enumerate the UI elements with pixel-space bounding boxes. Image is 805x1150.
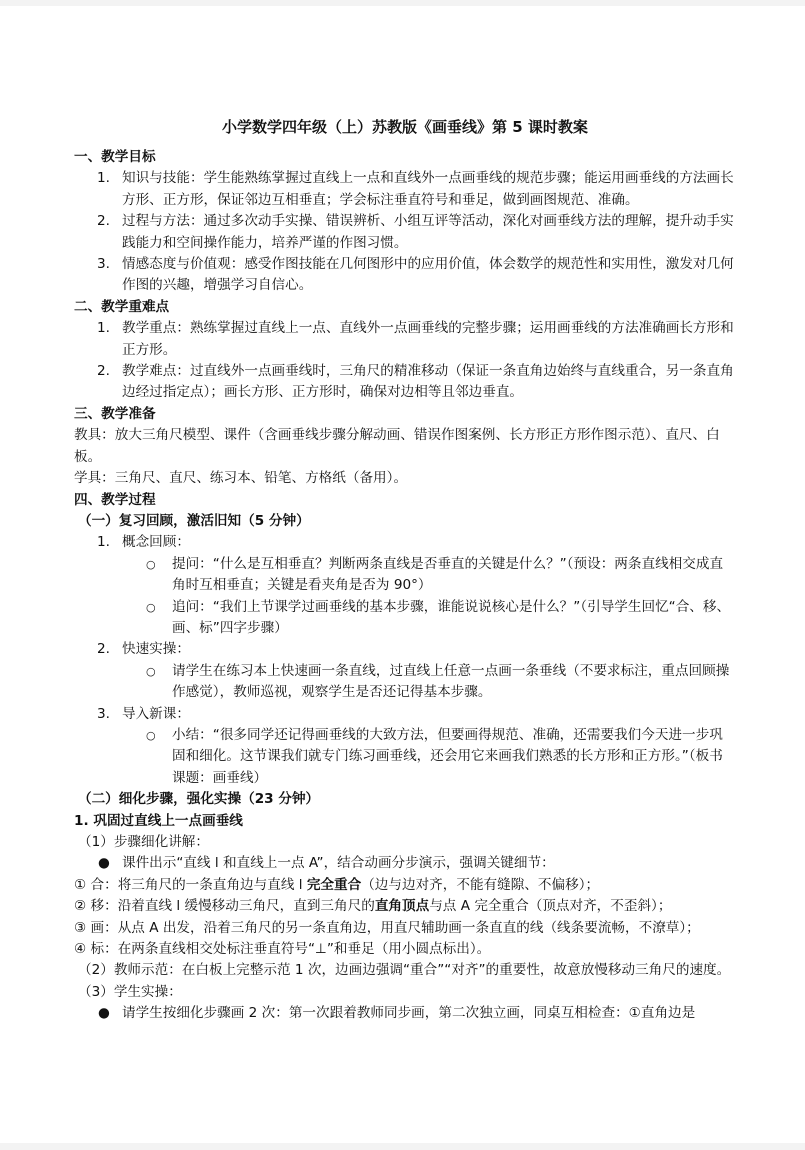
dot-bullet-icon: ● <box>98 1003 110 1024</box>
sub-list-item: ○ 提问：“什么是互相垂直？判断两条直线是否垂直的关键是什么？”（预设：两条直线… <box>74 554 736 597</box>
section-heading-objectives: 一、教学目标 <box>74 147 736 168</box>
part-heading-steps: （二）细化步骤，强化实操（23 分钟） <box>74 789 736 810</box>
review-list: 1. 概念回顾： ○ 提问：“什么是互相垂直？判断两条直线是否垂直的关键是什么？… <box>74 532 736 789</box>
list-item: 3. 导入新课： <box>74 704 736 725</box>
list-item-label: 快速实操： <box>122 641 190 657</box>
step-text: ① 合：将三角尺的一条直角边与直线 l <box>74 877 307 893</box>
document-title: 小学数学四年级（上）苏教版《画垂线》第 5 课时教案 <box>74 116 736 138</box>
objectives-list: 1. 知识与技能：学生能熟练掌握过直线上一点和直线外一点画垂线的规范步骤；能运用… <box>74 168 736 296</box>
bullet-item: ● 课件出示“直线 l 和直线上一点 A”，结合动画分步演示，强调关键细节： <box>74 853 736 874</box>
list-item: 1. 知识与技能：学生能熟练掌握过直线上一点和直线外一点画垂线的规范步骤；能运用… <box>74 168 736 211</box>
part-heading-review: （一）复习回顾，激活旧知（5 分钟） <box>74 511 736 532</box>
step-line: ① 合：将三角尺的一条直角边与直线 l 完全重合（边与边对齐，不能有缝隙、不偏移… <box>74 875 736 896</box>
student-tools-paragraph: 学具：三角尺、直尺、练习本、铅笔、方格纸（备用）。 <box>74 468 736 489</box>
sub-item-text: 请学生在练习本上快速画一条直线，过直线上任意一点画一条垂线（不要求标注，重点回顾… <box>172 663 729 700</box>
list-item-text: 教学重点：熟练掌握过直线上一点、直线外一点画垂线的完整步骤；运用画垂线的方法准确… <box>122 320 734 357</box>
step-text: ② 移：沿着直线 l 缓慢移动三角尺，直到三角尺的 <box>74 898 375 914</box>
circle-bullet-icon: ○ <box>146 554 156 575</box>
step-emphasis: 直角顶点 <box>375 898 429 914</box>
list-item-text: 过程与方法：通过多次动手实操、错误辨析、小组互评等活动，深化对画垂线方法的理解，… <box>122 213 734 250</box>
sub-list-item: ○ 追问：“我们上节课学过画垂线的基本步骤，谁能说说核心是什么？”（引导学生回忆… <box>74 597 736 640</box>
key-points-list: 1. 教学重点：熟练掌握过直线上一点、直线外一点画垂线的完整步骤；运用画垂线的方… <box>74 318 736 404</box>
section-heading-process: 四、教学过程 <box>74 490 736 511</box>
bullet-item: ● 请学生按细化步骤画 2 次：第一次跟着教师同步画，第二次独立画，同桌互相检查… <box>74 1003 736 1024</box>
document-page: 小学数学四年级（上）苏教版《画垂线》第 5 课时教案 一、教学目标 1. 知识与… <box>0 6 805 1143</box>
list-item: 2. 教学难点：过直线外一点画垂线时，三角尺的精准移动（保证一条直角边始终与直线… <box>74 361 736 404</box>
sub-list-item: ○ 请学生在练习本上快速画一条直线，过直线上任意一点画一条垂线（不要求标注，重点… <box>74 661 736 704</box>
step-text: 与点 A 完全重合（顶点对齐，不歪斜）； <box>429 898 671 914</box>
sub-item-text: 小结：“很多同学还记得画垂线的大致方法，但要画得规范、准确，还需要我们今天进一步… <box>172 727 723 786</box>
circle-bullet-icon: ○ <box>146 725 156 746</box>
step2-paragraph: （2）教师示范：在白板上完整示范 1 次，边画边强调“重合”“对齐”的重要性，故… <box>74 960 736 981</box>
step-line: ② 移：沿着直线 l 缓慢移动三角尺，直到三角尺的直角顶点与点 A 完全重合（顶… <box>74 896 736 917</box>
teacher-tools-paragraph: 教具：放大三角尺模型、课件（含画垂线步骤分解动画、错误作图案例、长方形正方形作图… <box>74 425 736 468</box>
step-line: ③ 画：从点 A 出发，沿着三角尺的另一条直角边，用直尺辅助画一条直直的线（线条… <box>74 918 736 939</box>
section-heading-key-points: 二、教学重难点 <box>74 297 736 318</box>
list-item-label: 导入新课： <box>122 706 190 722</box>
list-item: 2. 快速实操： <box>74 639 736 660</box>
step1-label: （1）步骤细化讲解： <box>74 832 736 853</box>
list-item-text: 知识与技能：学生能熟练掌握过直线上一点和直线外一点画垂线的规范步骤；能运用画垂线… <box>122 170 734 207</box>
list-number: 3. <box>97 704 110 725</box>
sub-heading-point-on-line: 1. 巩固过直线上一点画垂线 <box>74 811 736 832</box>
list-number: 1. <box>97 532 110 553</box>
list-number: 3. <box>97 254 110 275</box>
dot-bullet-icon: ● <box>98 853 110 874</box>
document-content: 小学数学四年级（上）苏教版《画垂线》第 5 课时教案 一、教学目标 1. 知识与… <box>74 116 736 1025</box>
step-emphasis: 完全重合 <box>307 877 361 893</box>
list-item: 2. 过程与方法：通过多次动手实操、错误辨析、小组互评等活动，深化对画垂线方法的… <box>74 211 736 254</box>
list-item: 1. 概念回顾： <box>74 532 736 553</box>
step-text: ③ 画：从点 A 出发，沿着三角尺的另一条直角边，用直尺辅助画一条直直的线（线条… <box>74 920 700 936</box>
list-number: 2. <box>97 361 110 382</box>
step3-label: （3）学生实操： <box>74 982 736 1003</box>
bullet-text: 请学生按细化步骤画 2 次：第一次跟着教师同步画，第二次独立画，同桌互相检查：①… <box>122 1005 695 1021</box>
bullet-text: 课件出示“直线 l 和直线上一点 A”，结合动画分步演示，强调关键细节： <box>122 855 555 871</box>
circle-bullet-icon: ○ <box>146 597 156 618</box>
section-heading-preparation: 三、教学准备 <box>74 404 736 425</box>
list-item-text: 情感态度与价值观：感受作图技能在几何图形中的应用价值，体会数学的规范性和实用性，… <box>122 256 734 293</box>
list-item: 3. 情感态度与价值观：感受作图技能在几何图形中的应用价值，体会数学的规范性和实… <box>74 254 736 297</box>
list-number: 2. <box>97 211 110 232</box>
step-line: ④ 标：在两条直线相交处标注垂直符号“⊥”和垂足（用小圆点标出）。 <box>74 939 736 960</box>
sub-list-item: ○ 小结：“很多同学还记得画垂线的大致方法，但要画得规范、准确，还需要我们今天进… <box>74 725 736 789</box>
list-item-text: 教学难点：过直线外一点画垂线时，三角尺的精准移动（保证一条直角边始终与直线重合，… <box>122 363 734 400</box>
list-number: 2. <box>97 639 110 660</box>
list-number: 1. <box>97 168 110 189</box>
step-text: （边与边对齐，不能有缝隙、不偏移）； <box>361 877 599 893</box>
list-item: 1. 教学重点：熟练掌握过直线上一点、直线外一点画垂线的完整步骤；运用画垂线的方… <box>74 318 736 361</box>
list-number: 1. <box>97 318 110 339</box>
circle-bullet-icon: ○ <box>146 661 156 682</box>
sub-item-text: 提问：“什么是互相垂直？判断两条直线是否垂直的关键是什么？”（预设：两条直线相交… <box>172 556 723 593</box>
sub-item-text: 追问：“我们上节课学过画垂线的基本步骤，谁能说说核心是什么？”（引导学生回忆“合… <box>172 599 730 636</box>
step-text: ④ 标：在两条直线相交处标注垂直符号“⊥”和垂足（用小圆点标出）。 <box>74 941 490 957</box>
list-item-label: 概念回顾： <box>122 534 190 550</box>
